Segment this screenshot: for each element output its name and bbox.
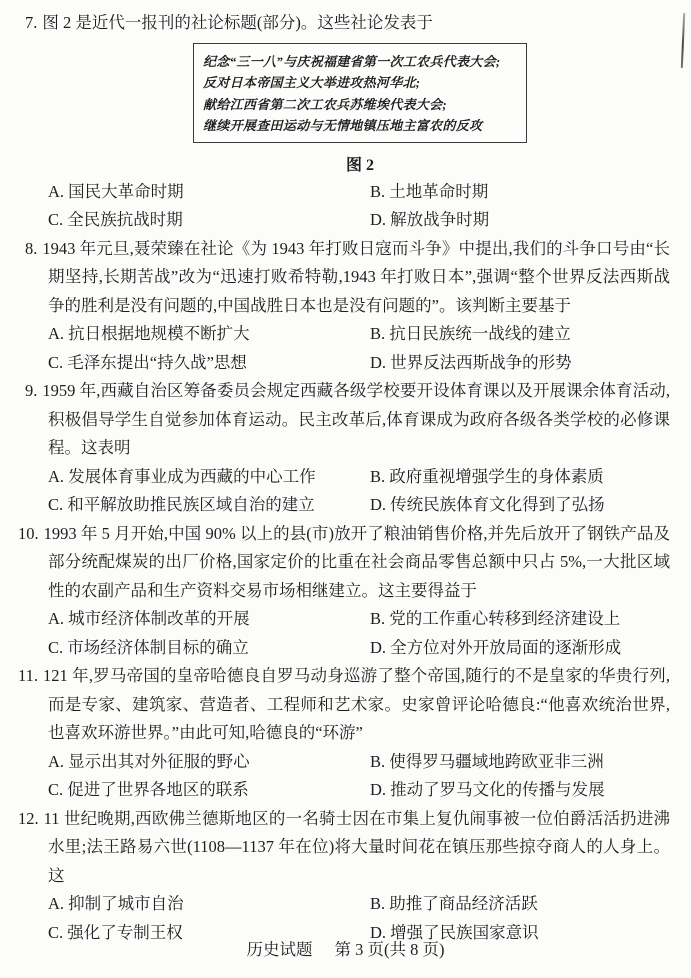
question-7-number: 7. bbox=[25, 13, 37, 32]
option-a[interactable]: A. 国民大革命时期 bbox=[48, 178, 370, 207]
option-c[interactable]: C. 市场经济体制目标的确立 bbox=[48, 634, 370, 663]
editorial-title-line: 纪念“三一八”与庆祝福建省第一次工农兵代表大会; bbox=[203, 51, 517, 73]
option-b[interactable]: B. 政府重视增强学生的身体素质 bbox=[370, 463, 670, 492]
question-11-number: 11. bbox=[18, 666, 38, 685]
question-8-stem: 8.1943 年元旦,聂荣臻在社论《为 1943 年打败日寇而斗争》中提出,我们… bbox=[25, 235, 670, 321]
option-d[interactable]: D. 推动了罗马文化的传播与发展 bbox=[370, 776, 670, 805]
option-b[interactable]: B. 助推了商品经济活跃 bbox=[370, 890, 670, 919]
question-8-number: 8. bbox=[25, 239, 37, 258]
question-12-text: 11 世纪晚期,西欧佛兰德斯地区的一名骑士因在市集上复仇闹事被一位伯爵活活扔进沸… bbox=[44, 809, 670, 885]
option-b[interactable]: B. 党的工作重心转移到经济建设上 bbox=[370, 605, 670, 634]
question-11-options: A. 显示出其对外征服的野心 B. 使得罗马疆域地跨欧亚非三洲 C. 促进了世界… bbox=[48, 748, 670, 805]
exam-page: 7.图 2 是近代一报刊的社论标题(部分)。这些社论发表于 纪念“三一八”与庆祝… bbox=[0, 0, 691, 947]
question-10-number: 10. bbox=[18, 524, 39, 543]
option-a[interactable]: A. 显示出其对外征服的野心 bbox=[48, 748, 370, 777]
option-d[interactable]: D. 世界反法西斯战争的形势 bbox=[370, 349, 670, 378]
option-a[interactable]: A. 发展体育事业成为西藏的中心工作 bbox=[48, 463, 370, 492]
question-12-stem: 12.11 世纪晚期,西欧佛兰德斯地区的一名骑士因在市集上复仇闹事被一位伯爵活活… bbox=[18, 805, 670, 891]
question-7: 7.图 2 是近代一报刊的社论标题(部分)。这些社论发表于 纪念“三一八”与庆祝… bbox=[25, 9, 670, 235]
question-11: 11.121 年,罗马帝国的皇帝哈德良自罗马动身巡游了整个帝国,随行的不是皇家的… bbox=[25, 662, 670, 805]
editorial-title-line: 献给江西省第二次工农兵苏维埃代表大会; bbox=[203, 94, 517, 116]
editorial-titles-box: 纪念“三一八”与庆祝福建省第一次工农兵代表大会; 反对日本帝国主义大举进攻热河华… bbox=[193, 43, 527, 143]
question-10-options: A. 城市经济体制改革的开展 B. 党的工作重心转移到经济建设上 C. 市场经济… bbox=[48, 605, 670, 662]
footer-page-number: 第 3 页(共 8 页) bbox=[335, 940, 445, 959]
question-12-number: 12. bbox=[18, 809, 39, 828]
question-7-stem: 7.图 2 是近代一报刊的社论标题(部分)。这些社论发表于 bbox=[25, 9, 670, 38]
editorial-title-line: 继续开展查田运动与无情地镇压地主富农的反攻 bbox=[203, 115, 517, 137]
question-10-stem: 10.1993 年 5 月开始,中国 90% 以上的县(市)放开了粮油销售价格,… bbox=[18, 520, 670, 606]
question-9: 9.1959 年,西藏自治区筹备委员会规定西藏各级学校要开设体育课以及开展课余体… bbox=[25, 377, 670, 520]
question-8-text: 1943 年元旦,聂荣臻在社论《为 1943 年打败日寇而斗争》中提出,我们的斗… bbox=[42, 239, 670, 315]
page-footer: 历史试题第 3 页(共 8 页) bbox=[0, 936, 691, 960]
question-8: 8.1943 年元旦,聂荣臻在社论《为 1943 年打败日寇而斗争》中提出,我们… bbox=[25, 235, 670, 378]
option-a[interactable]: A. 抑制了城市自治 bbox=[48, 890, 370, 919]
question-9-stem: 9.1959 年,西藏自治区筹备委员会规定西藏各级学校要开设体育课以及开展课余体… bbox=[25, 377, 670, 463]
question-9-number: 9. bbox=[25, 381, 37, 400]
option-c[interactable]: C. 全民族抗战时期 bbox=[48, 206, 370, 235]
question-7-text: 图 2 是近代一报刊的社论标题(部分)。这些社论发表于 bbox=[42, 13, 433, 32]
figure-2: 纪念“三一八”与庆祝福建省第一次工农兵代表大会; 反对日本帝国主义大举进攻热河华… bbox=[193, 43, 527, 175]
question-11-text: 121 年,罗马帝国的皇帝哈德良自罗马动身巡游了整个帝国,随行的不是皇家的华贵行… bbox=[43, 666, 670, 742]
option-b[interactable]: B. 土地革命时期 bbox=[370, 178, 670, 207]
option-d[interactable]: D. 传统民族体育文化得到了弘扬 bbox=[370, 491, 670, 520]
option-a[interactable]: A. 抗日根据地规模不断扩大 bbox=[48, 320, 370, 349]
option-d[interactable]: D. 解放战争时期 bbox=[370, 206, 670, 235]
option-b[interactable]: B. 抗日民族统一战线的建立 bbox=[370, 320, 670, 349]
option-c[interactable]: C. 毛泽东提出“持久战”思想 bbox=[48, 349, 370, 378]
option-c[interactable]: C. 促进了世界各地区的联系 bbox=[48, 776, 370, 805]
question-9-options: A. 发展体育事业成为西藏的中心工作 B. 政府重视增强学生的身体素质 C. 和… bbox=[48, 463, 670, 520]
question-12: 12.11 世纪晚期,西欧佛兰德斯地区的一名骑士因在市集上复仇闹事被一位伯爵活活… bbox=[25, 805, 670, 948]
option-d[interactable]: D. 全方位对外开放局面的逐渐形成 bbox=[370, 634, 670, 663]
figure-2-caption: 图 2 bbox=[193, 152, 527, 175]
option-b[interactable]: B. 使得罗马疆域地跨欧亚非三洲 bbox=[370, 748, 670, 777]
footer-doc-title: 历史试题 bbox=[247, 940, 313, 959]
question-10-text: 1993 年 5 月开始,中国 90% 以上的县(市)放开了粮油销售价格,并先后… bbox=[44, 524, 670, 600]
question-11-stem: 11.121 年,罗马帝国的皇帝哈德良自罗马动身巡游了整个帝国,随行的不是皇家的… bbox=[18, 662, 670, 748]
option-a[interactable]: A. 城市经济体制改革的开展 bbox=[48, 605, 370, 634]
question-8-options: A. 抗日根据地规模不断扩大 B. 抗日民族统一战线的建立 C. 毛泽东提出“持… bbox=[48, 320, 670, 377]
editorial-title-line: 反对日本帝国主义大举进攻热河华北; bbox=[203, 72, 517, 94]
question-7-options: A. 国民大革命时期 B. 土地革命时期 C. 全民族抗战时期 D. 解放战争时… bbox=[48, 178, 670, 235]
option-c[interactable]: C. 和平解放助推民族区域自治的建立 bbox=[48, 491, 370, 520]
question-9-text: 1959 年,西藏自治区筹备委员会规定西藏各级学校要开设体育课以及开展课余体育活… bbox=[42, 381, 670, 457]
question-10: 10.1993 年 5 月开始,中国 90% 以上的县(市)放开了粮油销售价格,… bbox=[25, 520, 670, 663]
